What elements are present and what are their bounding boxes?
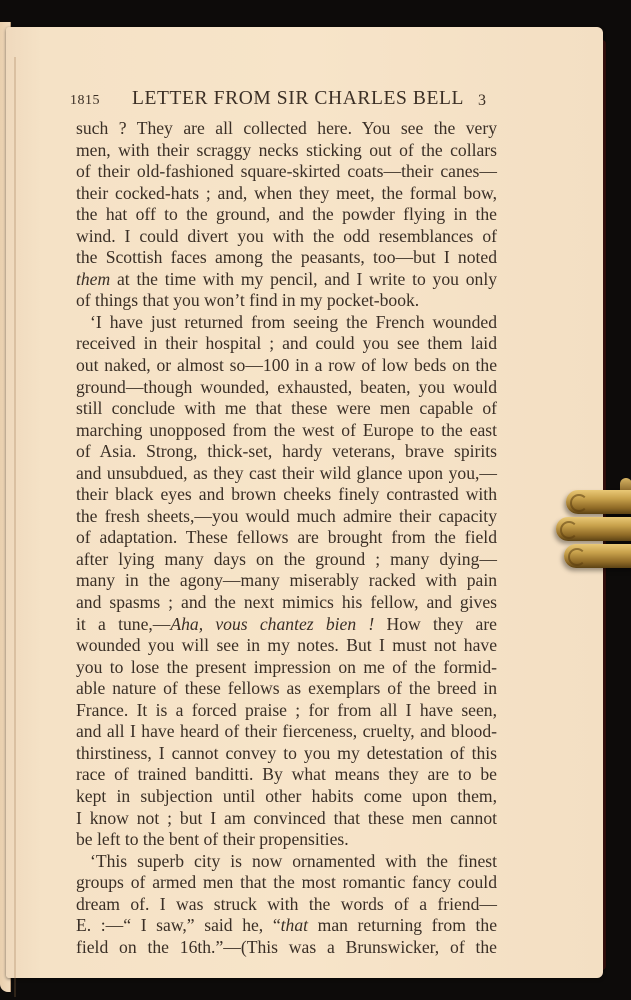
- text-run: it a tune,—: [76, 614, 170, 634]
- clasp-finger: [556, 517, 631, 541]
- text-line: groups of armed men that the most romant…: [76, 872, 497, 894]
- italic-text-run: Aha, vous chantez bien !: [170, 614, 374, 634]
- text-line: you to lose the present impression on me…: [76, 657, 497, 679]
- text-line: thirstiness, I cannot convey to you my d…: [76, 743, 497, 765]
- clasp-finger: [566, 490, 631, 514]
- text-line: such ? They are all collected here. You …: [76, 118, 497, 140]
- text-line: many in the agony—many miserably racked …: [76, 570, 497, 592]
- text-line: wounded you will see in my notes. But I …: [76, 635, 497, 657]
- text-line: of things that you won’t find in my pock…: [76, 290, 497, 312]
- text-line: ‘This superb city is now ornamented with…: [76, 851, 497, 873]
- text-line: I know not ; but I am convinced that the…: [76, 808, 497, 830]
- text-line: and unsubdued, as they cast their wild g…: [76, 463, 497, 485]
- running-head: 1815 LETTER FROM SIR CHARLES BELL 3: [70, 88, 500, 112]
- text-line: the fresh sheets,—you would much admire …: [76, 506, 497, 528]
- italic-text-run: that: [281, 915, 308, 935]
- text-line: them at the time with my pencil, and I w…: [76, 269, 497, 291]
- text-line: their cocked-hats ; and, when they meet,…: [76, 183, 497, 205]
- text-line: be left to the bent of their propensitie…: [76, 829, 497, 851]
- body-text: such ? They are all collected here. You …: [76, 118, 497, 958]
- text-line: the Scottish faces among the peasants, t…: [76, 247, 497, 269]
- text-line: the hat off to the ground, and the powde…: [76, 204, 497, 226]
- text-run: at the time with my pencil, and I write …: [110, 269, 497, 289]
- text-line: men, with their scraggy necks sticking o…: [76, 140, 497, 162]
- text-line: received in their hospital ; and could y…: [76, 333, 497, 355]
- text-line: dream of. I was struck with the words of…: [76, 894, 497, 916]
- page-number: 3: [478, 92, 486, 110]
- text-line: and all I have heard of their fierceness…: [76, 721, 497, 743]
- text-line: ‘I have just returned from seeing the Fr…: [76, 312, 497, 334]
- running-head-title: LETTER FROM SIR CHARLES BELL: [132, 88, 464, 110]
- text-line: after lying many days on the ground ; ma…: [76, 549, 497, 571]
- text-line: E. :—“ I saw,” said he, “that man return…: [76, 915, 497, 937]
- text-line: of adaptation. These fellows are brought…: [76, 527, 497, 549]
- italic-text-run: them: [76, 269, 110, 289]
- hand-clasp-icon: [556, 478, 631, 578]
- running-head-year: 1815: [70, 93, 100, 109]
- text-line: race of trained banditti. By what means …: [76, 764, 497, 786]
- text-line: out naked, or almost so—100 in a row of …: [76, 355, 497, 377]
- text-line: of Asia. Strong, thick-set, hardy vetera…: [76, 441, 497, 463]
- text-line: it a tune,—Aha, vous chantez bien ! How …: [76, 614, 497, 636]
- text-line: ground—though wounded, exhausted, beaten…: [76, 377, 497, 399]
- text-line: field on the 16th.”—(This was a Brunswic…: [76, 937, 497, 959]
- text-line: wind. I could divert you with the odd re…: [76, 226, 497, 248]
- text-run: E. :—“ I saw,” said he, “: [76, 915, 281, 935]
- text-line: kept in subjection until other habits co…: [76, 786, 497, 808]
- text-line: and spasms ; and the next mimics his fel…: [76, 592, 497, 614]
- text-line: marching unopposed from the west of Euro…: [76, 420, 497, 442]
- text-line: still conclude with me that these were m…: [76, 398, 497, 420]
- text-run: How they are: [374, 614, 497, 634]
- text-line: their black eyes and brown cheeks finely…: [76, 484, 497, 506]
- text-line: of their old-fashioned square-skirted co…: [76, 161, 497, 183]
- text-run: man returning from the: [308, 915, 497, 935]
- text-line: able nature of these fellows as exemplar…: [76, 678, 497, 700]
- gutter-shadow: [14, 57, 16, 997]
- text-line: France. It is a forced praise ; for from…: [76, 700, 497, 722]
- clasp-finger: [564, 544, 631, 568]
